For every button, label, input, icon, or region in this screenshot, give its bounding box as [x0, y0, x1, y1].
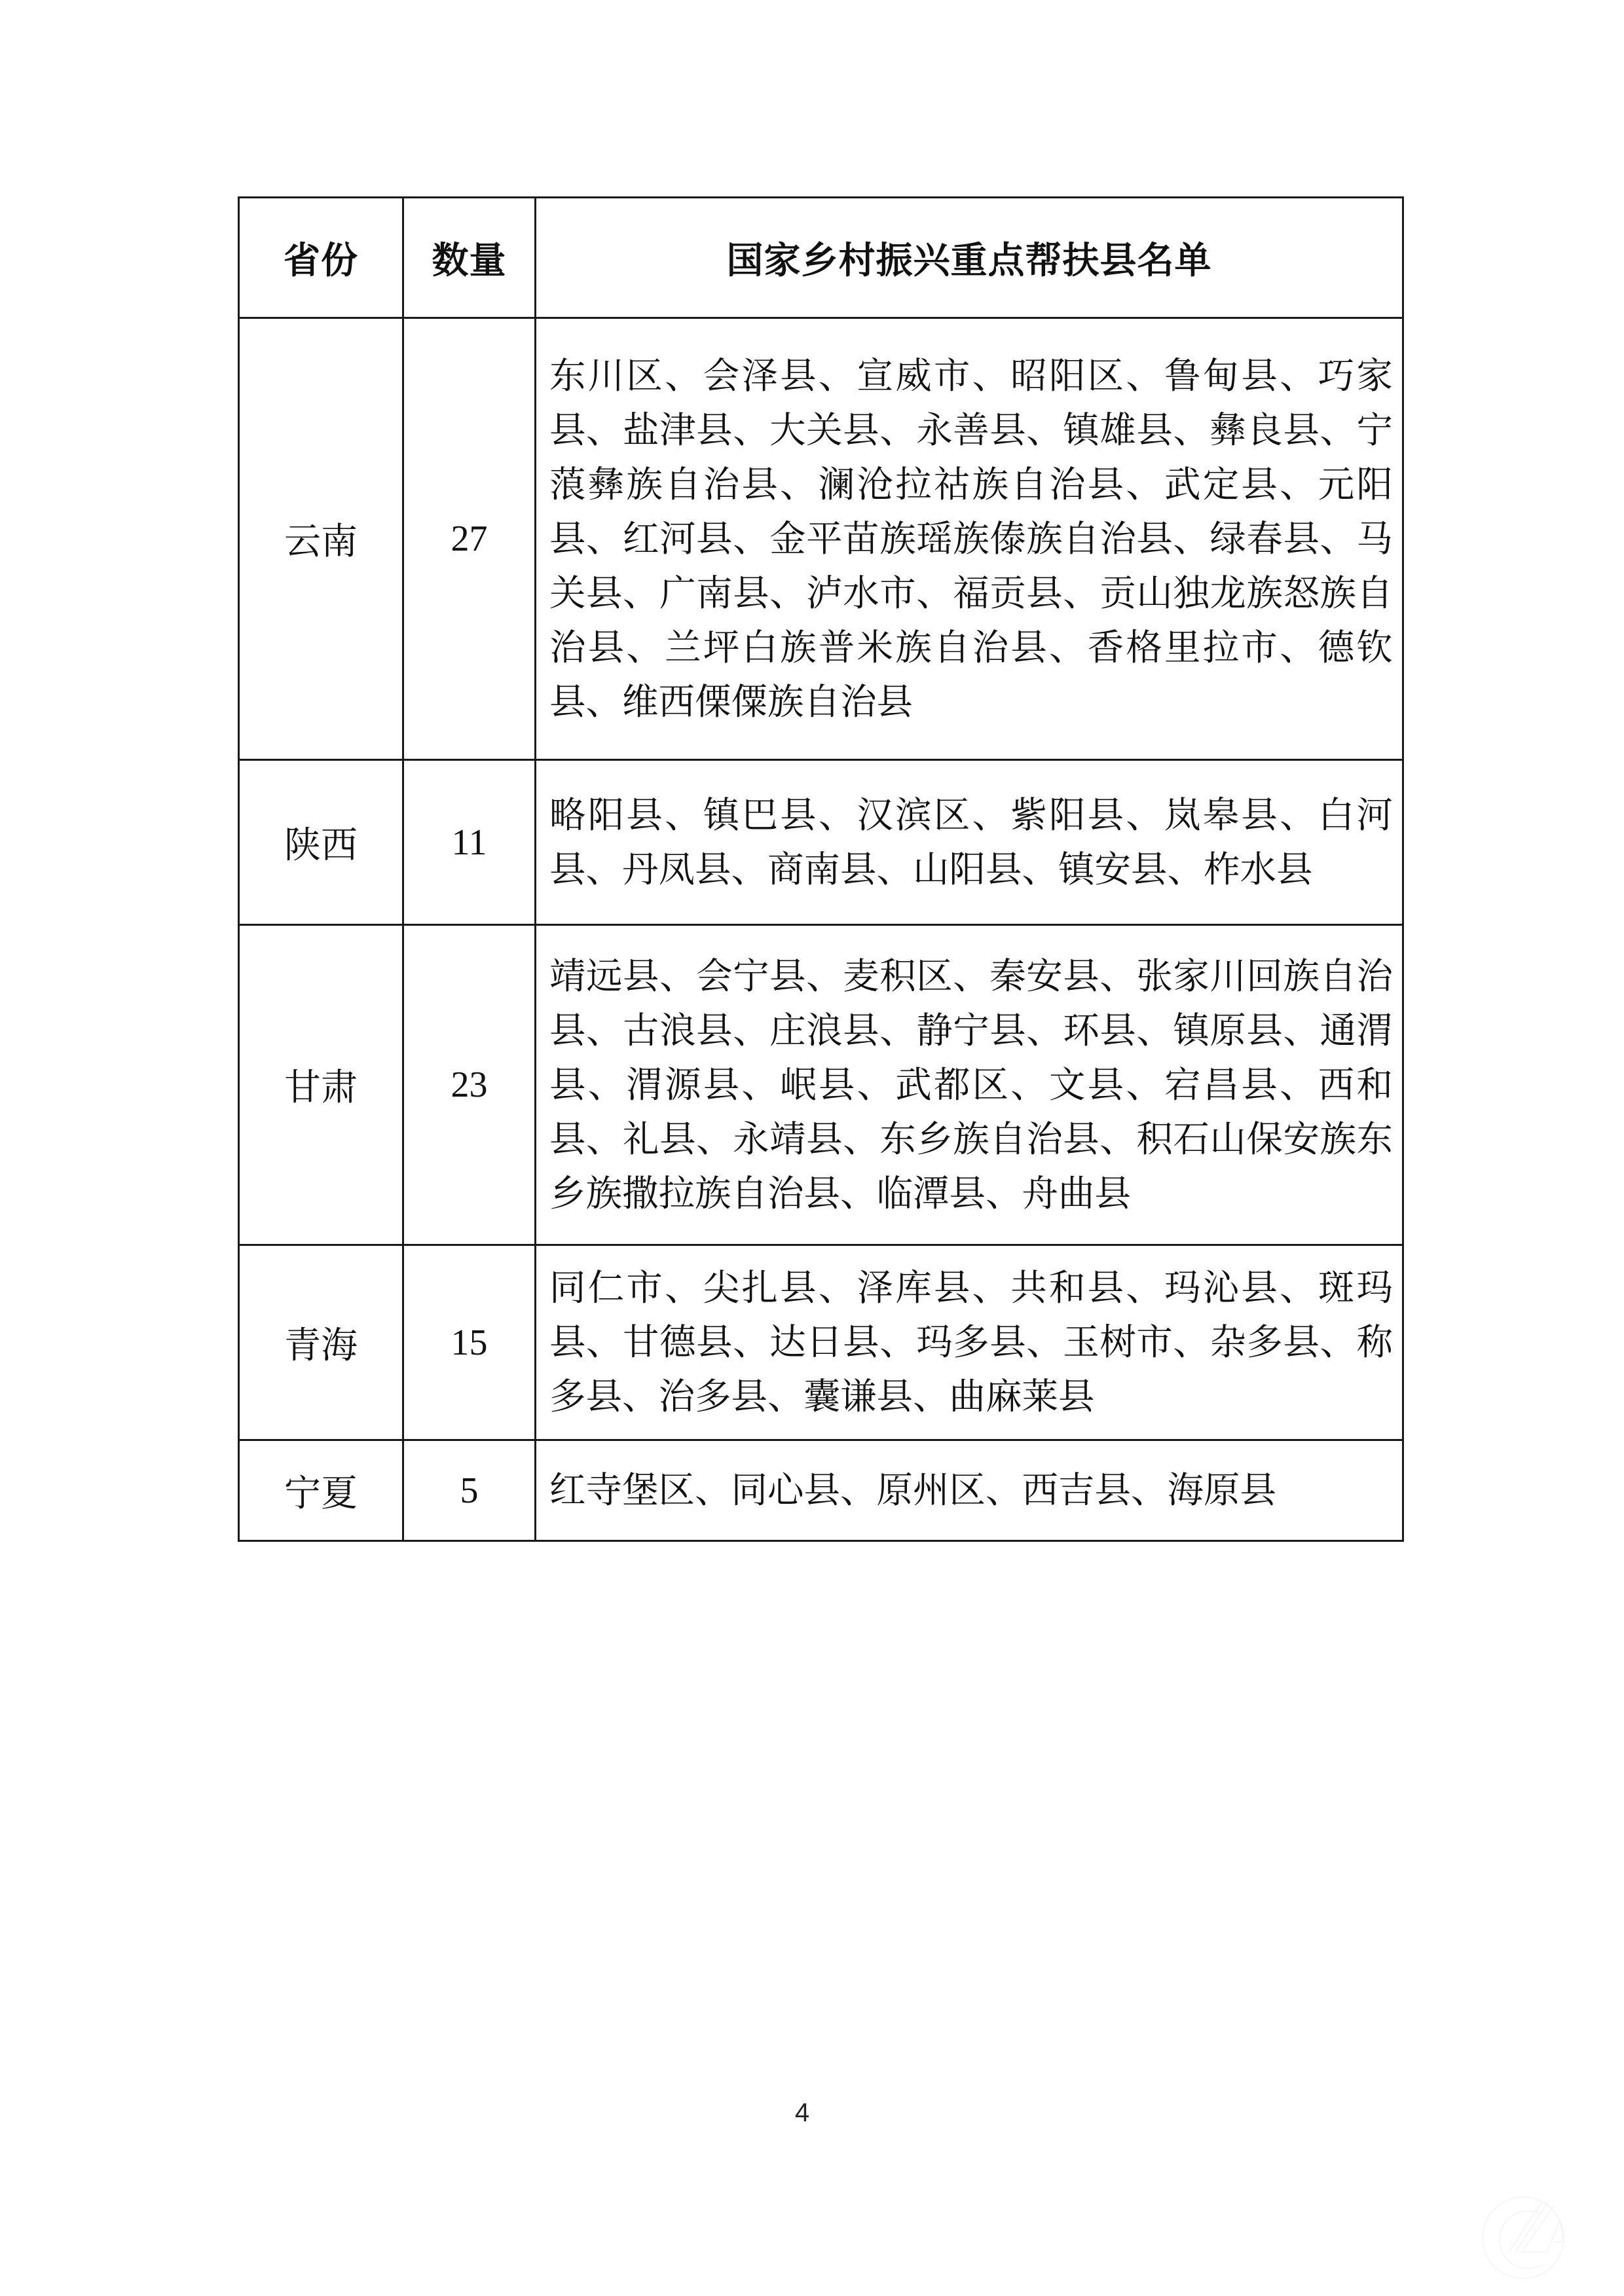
count-cell: 23: [403, 925, 536, 1245]
header-count: 数量: [403, 198, 536, 318]
count-cell: 11: [403, 760, 536, 925]
count-cell: 15: [403, 1245, 536, 1440]
cla-logo-icon: [1481, 2195, 1568, 2281]
table-row: 甘肃 23 靖远县、会宁县、麦积区、秦安县、张家川回族自治县、古浪县、庄浪县、静…: [239, 925, 1403, 1245]
table-header-row: 省份 数量 国家乡村振兴重点帮扶县名单: [239, 198, 1403, 318]
table-row: 宁夏 5 红寺堡区、同心县、原州区、西吉县、海原县: [239, 1440, 1403, 1541]
county-list-table: 省份 数量 国家乡村振兴重点帮扶县名单 云南 27 东川区、会泽县、宣威市、昭阳…: [238, 196, 1404, 1542]
count-cell: 27: [403, 318, 536, 760]
table-row: 云南 27 东川区、会泽县、宣威市、昭阳区、鲁甸县、巧家县、盐津县、大关县、永善…: [239, 318, 1403, 760]
page-number: 4: [786, 2098, 819, 2128]
header-province: 省份: [239, 198, 403, 318]
province-cell: 陕西: [239, 760, 403, 925]
province-cell: 宁夏: [239, 1440, 403, 1541]
table-row: 陕西 11 略阳县、镇巴县、汉滨区、紫阳县、岚皋县、白河县、丹凤县、商南县、山阳…: [239, 760, 1403, 925]
county-list-cell: 靖远县、会宁县、麦积区、秦安县、张家川回族自治县、古浪县、庄浪县、静宁县、环县、…: [536, 925, 1403, 1245]
province-cell: 青海: [239, 1245, 403, 1440]
county-list-cell: 略阳县、镇巴县、汉滨区、紫阳县、岚皋县、白河县、丹凤县、商南县、山阳县、镇安县、…: [536, 760, 1403, 925]
header-county-list: 国家乡村振兴重点帮扶县名单: [536, 198, 1403, 318]
county-list-cell: 东川区、会泽县、宣威市、昭阳区、鲁甸县、巧家县、盐津县、大关县、永善县、镇雄县、…: [536, 318, 1403, 760]
province-cell: 云南: [239, 318, 403, 760]
county-list-cell: 红寺堡区、同心县、原州区、西吉县、海原县: [536, 1440, 1403, 1541]
count-cell: 5: [403, 1440, 536, 1541]
province-cell: 甘肃: [239, 925, 403, 1245]
document-page: 省份 数量 国家乡村振兴重点帮扶县名单 云南 27 东川区、会泽县、宣威市、昭阳…: [0, 0, 1624, 2296]
table-row: 青海 15 同仁市、尖扎县、泽库县、共和县、玛沁县、斑玛县、甘德县、达日县、玛多…: [239, 1245, 1403, 1440]
county-list-cell: 同仁市、尖扎县、泽库县、共和县、玛沁县、斑玛县、甘德县、达日县、玛多县、玉树市、…: [536, 1245, 1403, 1440]
